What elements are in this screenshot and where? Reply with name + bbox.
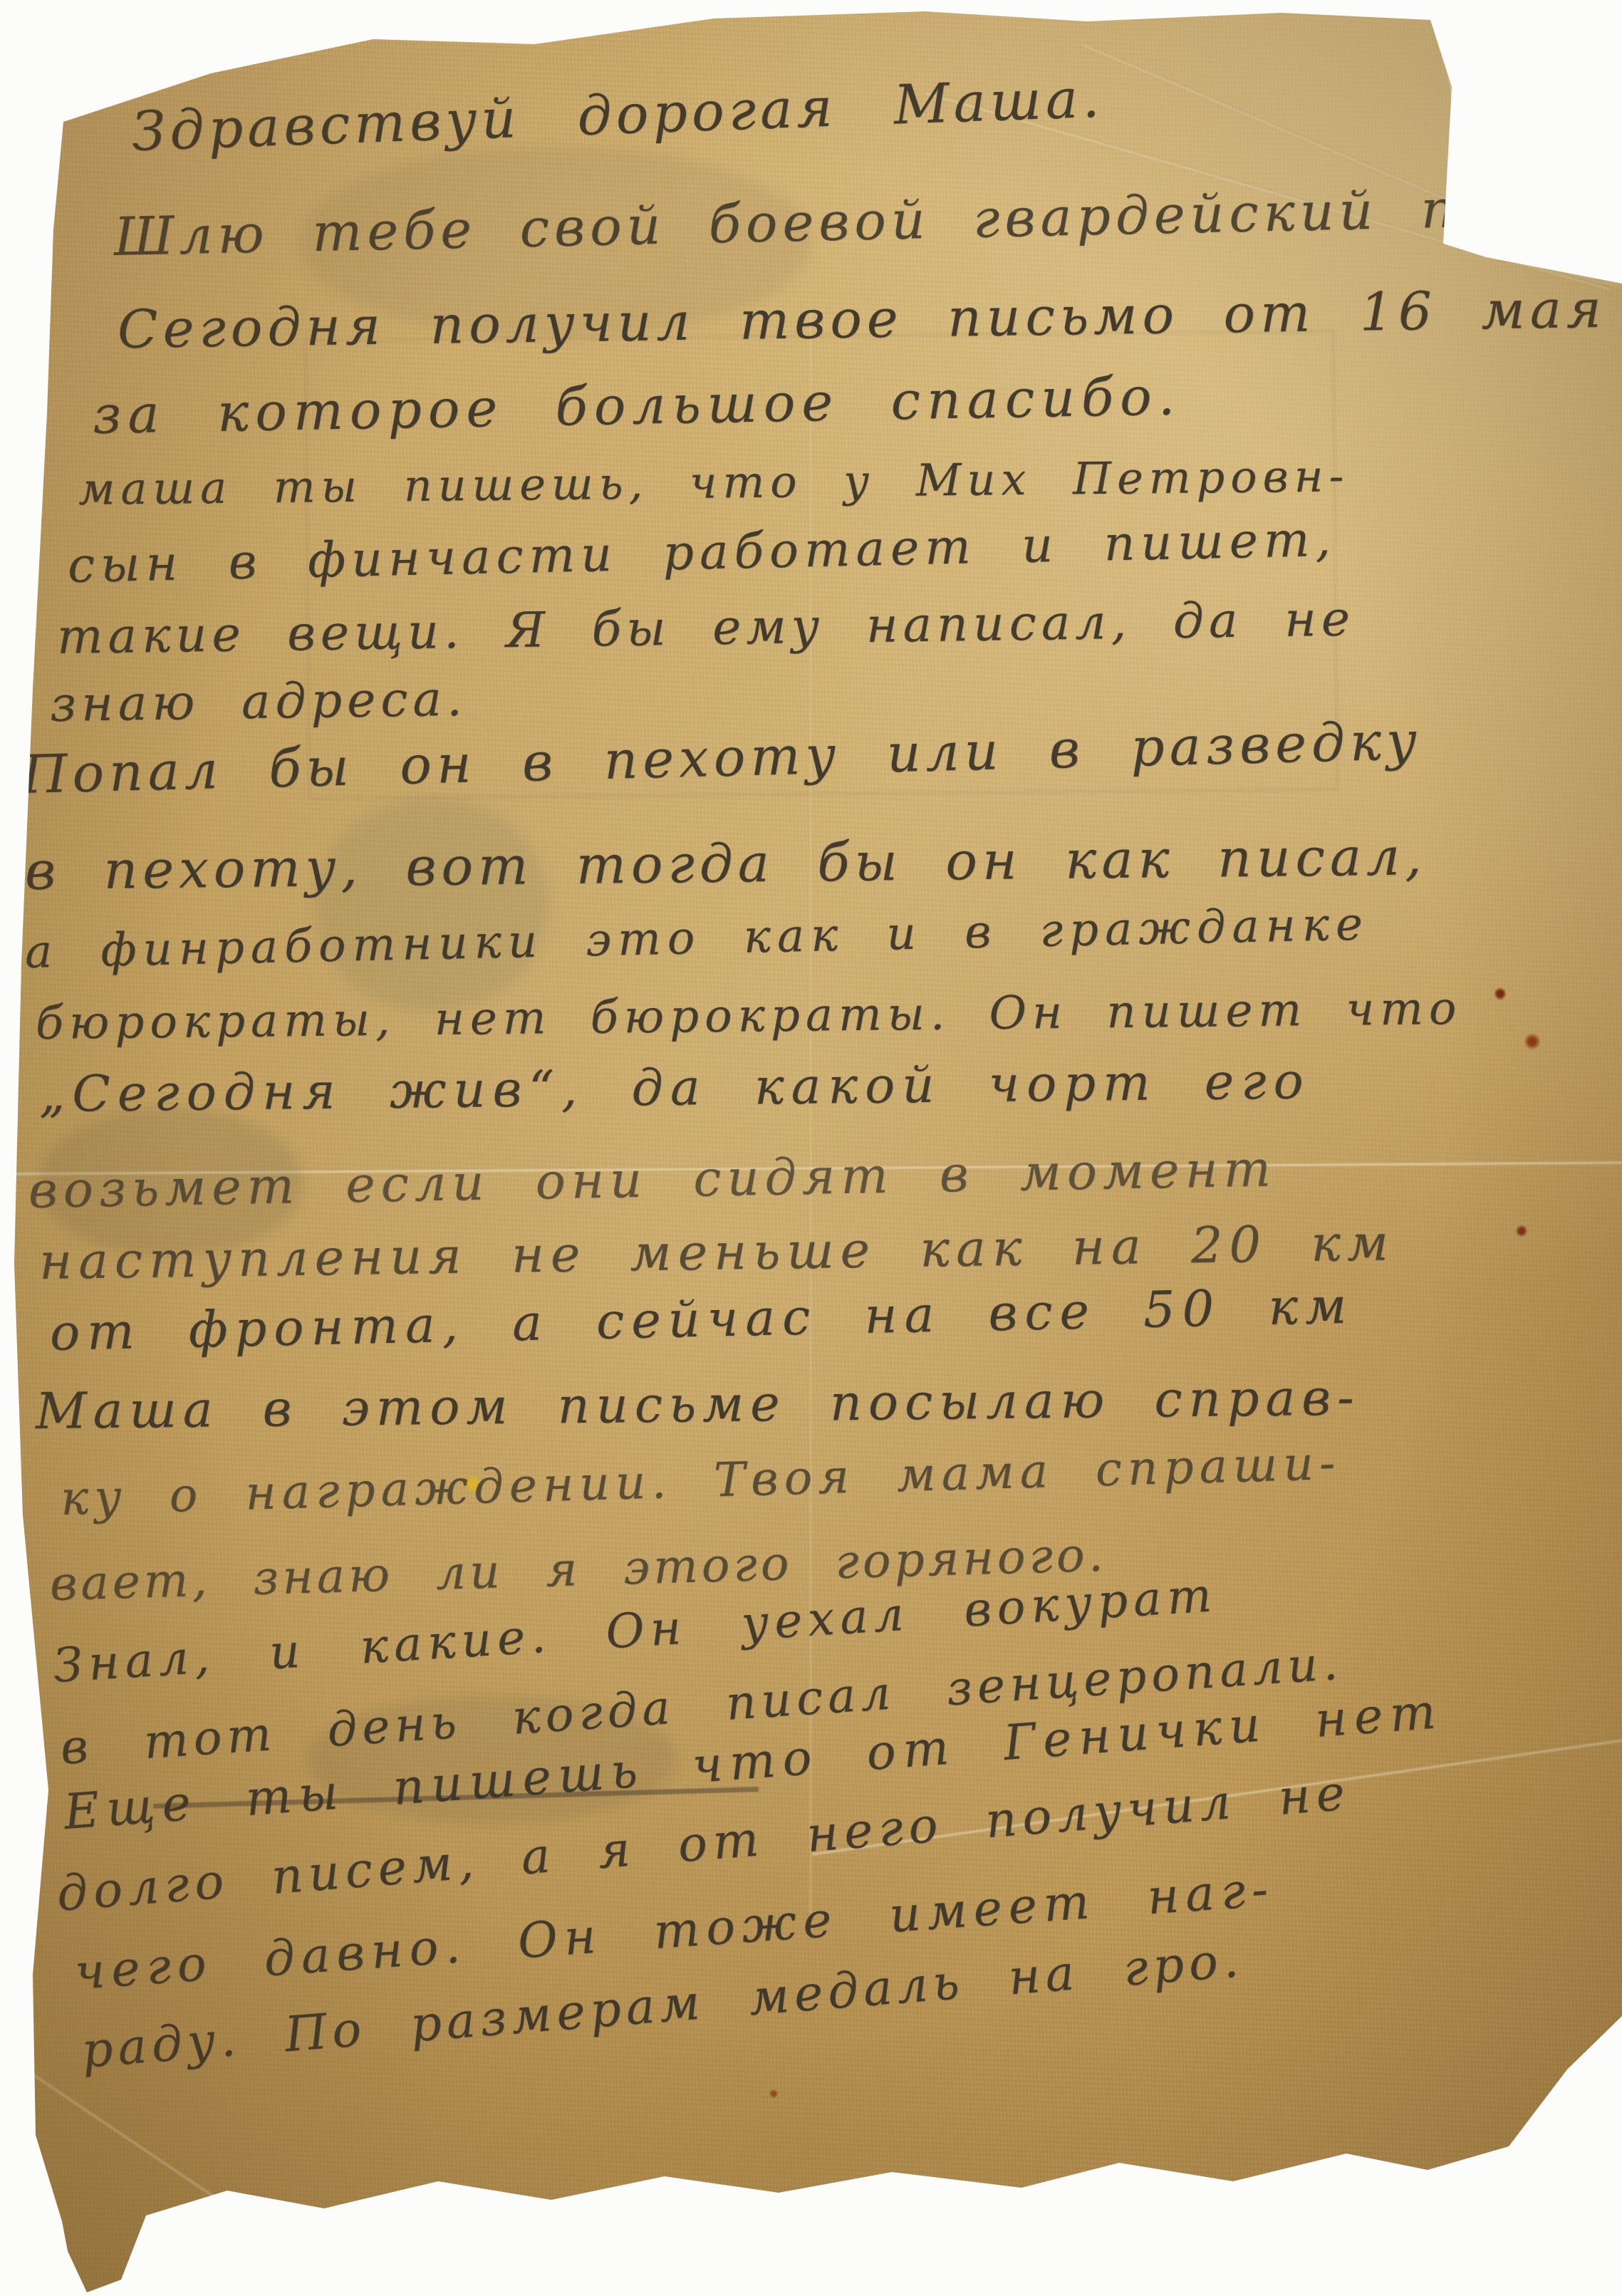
edge-vignette <box>0 0 1622 2296</box>
letter-paper: Здравствуй дорогая Маша. Шлю тебе свой б… <box>0 0 1622 2296</box>
scan-background: Здравствуй дорогая Маша. Шлю тебе свой б… <box>0 0 1622 2296</box>
